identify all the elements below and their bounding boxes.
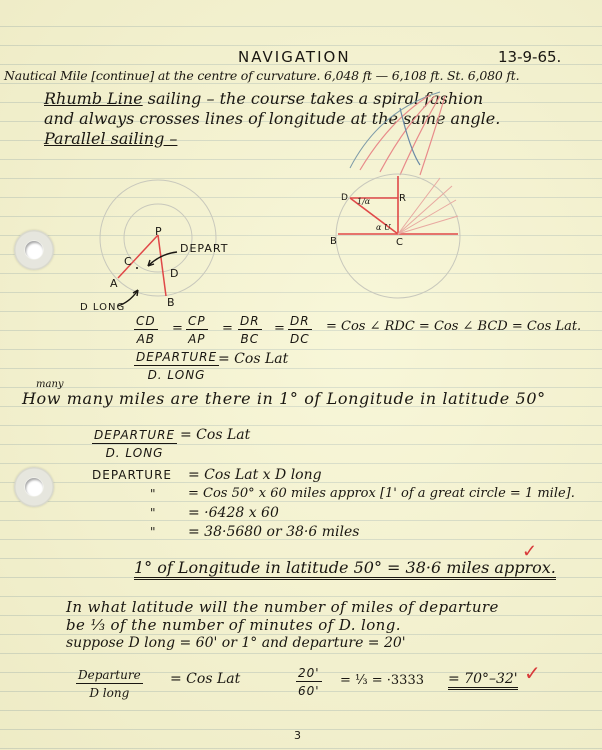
equals: = <box>274 322 285 335</box>
working1-row-rhs: = Cos 50° x 60 miles approx [1' of a gre… <box>188 487 575 500</box>
working1-row-lhs: DEPARTURE <box>92 469 172 481</box>
equals: = <box>222 322 233 335</box>
label-d-long: D LONG <box>80 303 125 313</box>
label-c-left: C <box>124 256 132 267</box>
fraction-cd-ab: CD AB <box>134 314 158 346</box>
label-angle-top: 1/α <box>357 198 370 206</box>
working1-row-rhs: = ·6428 x 60 <box>188 506 279 520</box>
label-depart: DEPART <box>180 243 228 254</box>
red-check-mark-icon: ✓ <box>522 543 537 561</box>
working1-row-lhs: " <box>150 488 156 500</box>
working2-frac-rhs: = Cos Lat <box>170 672 240 686</box>
working2-calc-rest: = ⅓ = ·3333 <box>340 674 424 687</box>
working2-answer: = 70°–32' <box>448 672 518 690</box>
label-b-right: B <box>330 237 337 247</box>
label-a: A <box>110 278 118 289</box>
result1-text: 1° of Longitude in latitude 50° = 38·6 m… <box>134 560 556 580</box>
label-d-right: D <box>341 194 348 203</box>
question2-line2: be ⅓ of the number of minutes of D. long… <box>66 618 401 633</box>
question2-line3: suppose D long = 60' or 1° and departure… <box>66 636 406 650</box>
question1-text: How many miles are there in 1° of Longit… <box>22 391 546 407</box>
question2-line1: In what latitude will the number of mile… <box>66 600 499 615</box>
working2-calc-fraction: 20' 60' <box>296 666 322 698</box>
working1-row-rhs: = Cos Lat x D long <box>188 468 322 482</box>
rhumb-line-spiral-sketch <box>350 92 445 175</box>
label-b-left: B <box>167 297 175 308</box>
fraction-dr-dc: DR DC <box>288 314 312 346</box>
page-number: 3 <box>294 730 301 741</box>
departure-triangle-diagram <box>336 174 460 298</box>
dep-ratio-rhs: = Cos Lat <box>218 352 288 366</box>
red-check-mark-icon: ✓ <box>524 663 541 683</box>
equals: = <box>172 322 183 335</box>
working1-row-rhs: = 38·5680 or 38·6 miles <box>188 525 359 539</box>
working2-fraction: Departure D long <box>76 668 143 700</box>
label-d-left: D <box>170 268 178 279</box>
working1-fraction: DEPARTURE D. LONG <box>92 428 177 460</box>
ratio-equation-tail: = Cos ∠ RDC = Cos ∠ BCD = Cos Lat. <box>326 320 581 333</box>
working1-row-lhs: " <box>150 507 156 519</box>
working1-row-lhs: " <box>150 526 156 538</box>
fraction-departure-dlong: DEPARTURE D. LONG <box>134 350 219 382</box>
label-r: R <box>399 194 406 204</box>
fraction-dr-bc: DR BC <box>238 314 262 346</box>
working1-frac-rhs: = Cos Lat <box>180 428 250 442</box>
label-c-right: C <box>396 238 403 248</box>
label-p: P <box>155 226 162 237</box>
fraction-cp-ap: CP AP <box>186 314 208 346</box>
label-angle-bottom: α U <box>376 224 391 232</box>
